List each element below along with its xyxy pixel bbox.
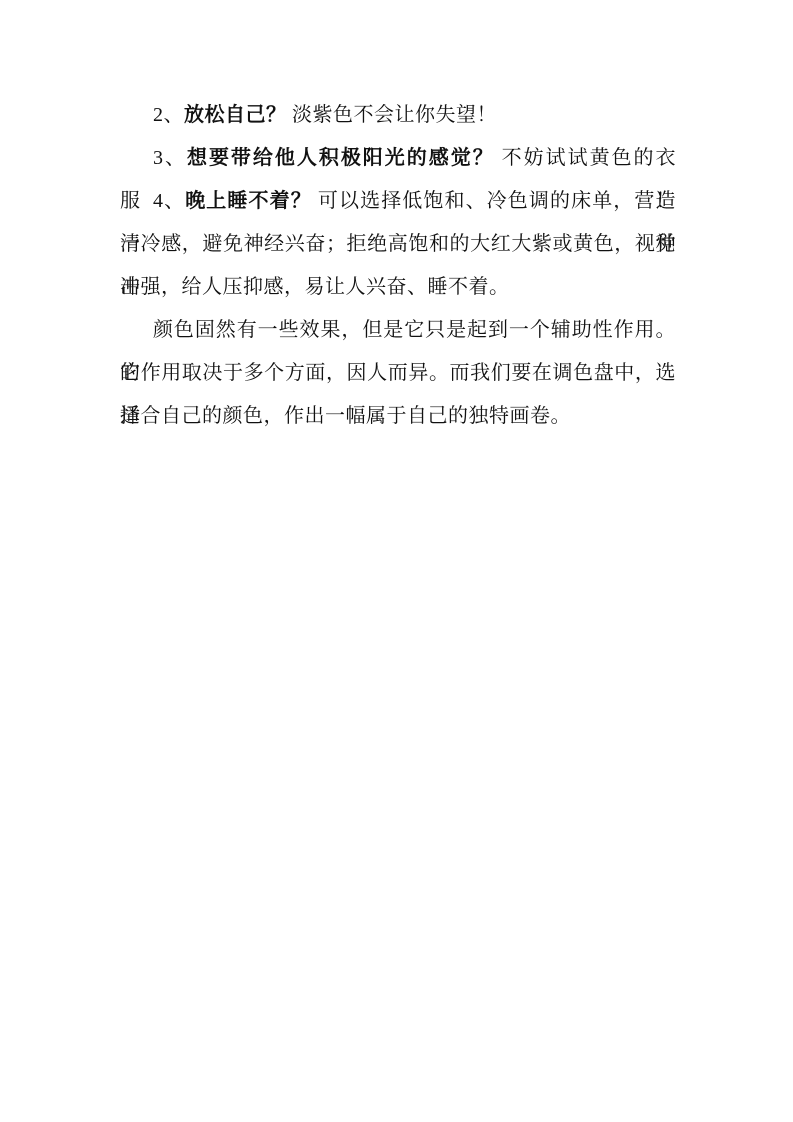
list-number: 2、 — [153, 104, 184, 126]
list-item-2-line: 2、放松自己？ 淡紫色不会让你失望！ — [120, 94, 676, 137]
bold-run: 晚上睡不着？ — [185, 190, 312, 212]
list-number: 4、 — [153, 190, 185, 212]
document-text-block: 2、放松自己？ 淡紫色不会让你失望！ 3、想要带给他人积极阳光的感觉？ 不妨试试… — [120, 94, 676, 438]
list-item-4-line-1: 4、晚上睡不着？ 可以选择低饱和、冷色调的床单，营造一种 — [120, 180, 676, 223]
body-text: 淡紫色不会让你失望！ — [287, 104, 498, 126]
closing-paragraph-line-2: 的作用取决于多个方面，因人而异。而我们要在调色盘中，选择 — [120, 352, 676, 395]
closing-paragraph-line-3: 适合自己的颜色，作出一幅属于自己的独特画卷。 — [120, 395, 676, 438]
bold-run: 放松自己？ — [184, 104, 287, 126]
bold-run: 想要带给他人积极阳光的感觉？ — [187, 147, 495, 169]
closing-paragraph-line-1: 颜色固然有一些效果，但是它只是起到一个辅助性作用。它 — [120, 309, 676, 352]
document-page: 2、放松自己？ 淡紫色不会让你失望！ 3、想要带给他人积极阳光的感觉？ 不妨试试… — [0, 0, 793, 1122]
body-text: 击强，给人压抑感，易让人兴奋、睡不着。 — [120, 276, 510, 298]
list-item-4-line-2: 清冷感，避免神经兴奋；拒绝高饱和的大红大紫或黄色，视觉冲 — [120, 223, 676, 266]
list-item-3-line: 3、想要带给他人积极阳光的感觉？ 不妨试试黄色的衣服！ — [120, 137, 676, 180]
list-item-4-line-3: 击强，给人压抑感，易让人兴奋、睡不着。 — [120, 266, 676, 309]
list-number: 3、 — [153, 147, 187, 169]
body-text: 适合自己的颜色，作出一幅属于自己的独特画卷。 — [120, 405, 571, 427]
